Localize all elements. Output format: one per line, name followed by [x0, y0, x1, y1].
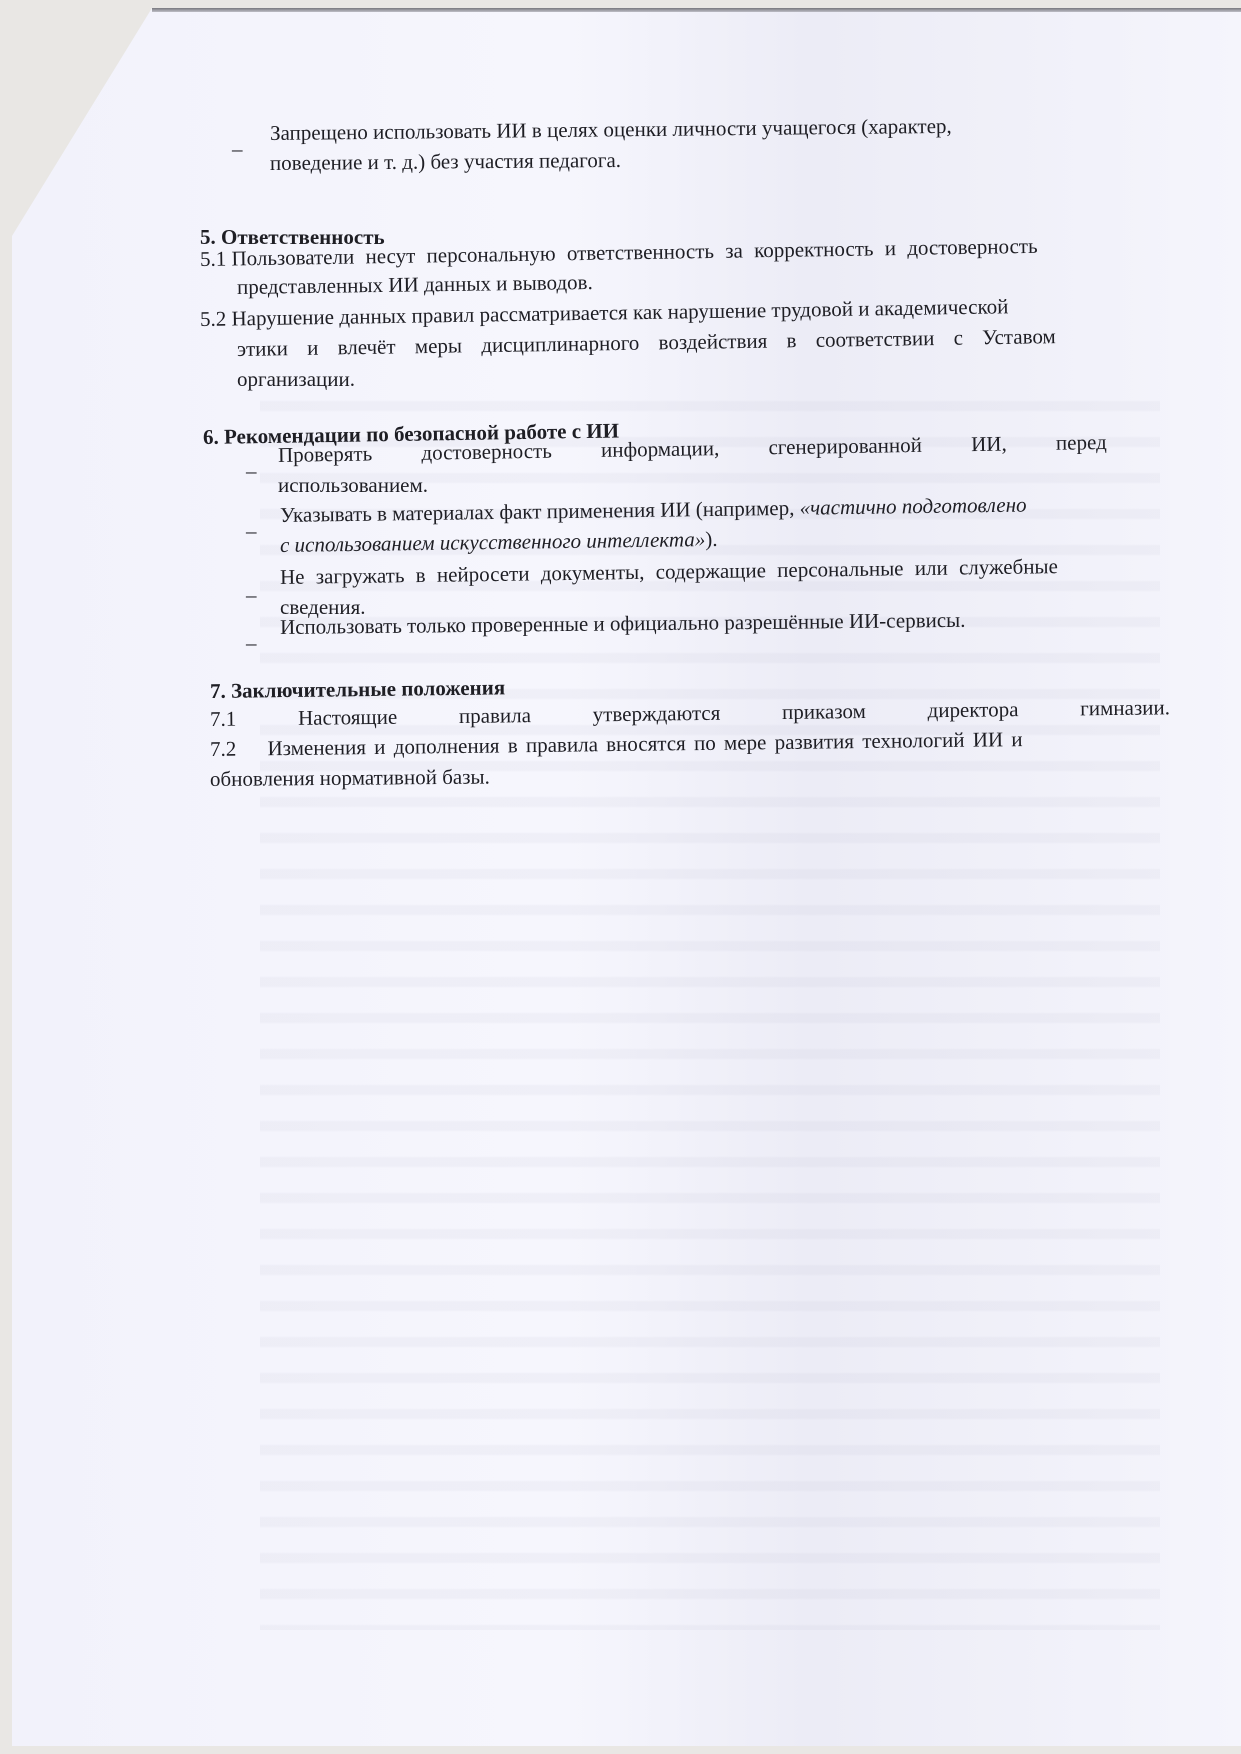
- item-5-2-line-3: организации.: [237, 364, 355, 394]
- item-7-2-number: 7.2: [210, 737, 237, 761]
- bullet-dash: –: [246, 628, 257, 658]
- item-7-2-line-1: Изменения и дополнения в правила вносятс…: [267, 727, 1022, 760]
- item-6-2-line-2: с использованием искусственного интеллек…: [280, 524, 718, 560]
- item-6-1-line-2: использованием.: [278, 470, 428, 500]
- bullet-dash: –: [246, 516, 257, 546]
- paper-page: [12, 8, 1241, 1746]
- bullet-dash: –: [232, 134, 243, 164]
- item-5-1-line-2: представленных ИИ данных и выводов.: [237, 267, 593, 302]
- bullet-dash: –: [246, 580, 257, 610]
- item-7-1-number: 7.1: [210, 704, 237, 734]
- item-5-1-number: 5.1: [200, 247, 227, 271]
- item-5-2-number: 5.2: [200, 307, 227, 331]
- bullet-dash: –: [246, 456, 257, 486]
- intro-item-line-2: поведение и т. д.) без участия педагога.: [270, 145, 621, 178]
- item-7-2-line-2: обновления нормативной базы.: [210, 762, 490, 794]
